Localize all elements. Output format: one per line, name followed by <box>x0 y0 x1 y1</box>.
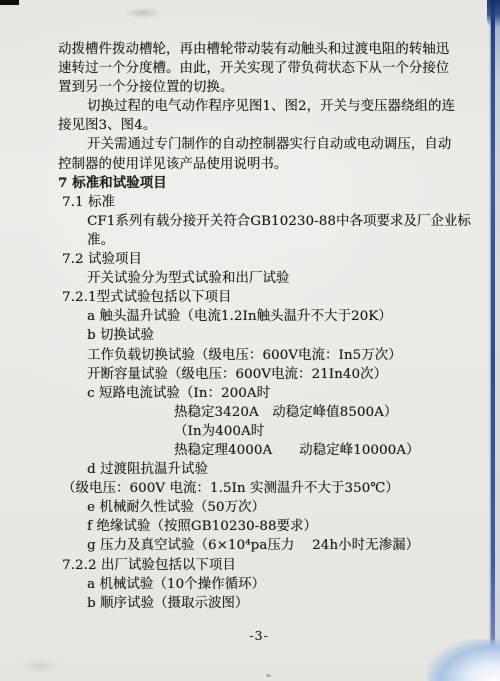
text-line: 7.2 试验项目 <box>62 250 500 269</box>
scan-artifact-bottom-dot <box>266 674 271 677</box>
text-line: （级电压：600V 电流：1.5In 实测温升不大于350℃） <box>62 479 500 498</box>
scan-edge-top-right-patch <box>487 0 500 27</box>
scan-artifact-top-left-mark <box>0 0 19 5</box>
text-line: 热稳定3420A 动稳定峰值8500A） <box>174 403 500 422</box>
text-line: 7.2.2 出厂试验包括以下项目 <box>62 556 500 575</box>
text-line: 准。 <box>87 231 500 250</box>
scanned-document-screenshot: 动拨槽件拨动槽轮，再由槽轮带动装有动触头和过渡电阻的转轴迅速转过一个分度槽。由此… <box>0 0 500 681</box>
text-line: 7.1 标准 <box>62 193 500 212</box>
text-line: 控制器的使用详见该产品使用说明书。 <box>58 155 500 174</box>
text-line: 7.2.1型式试验包括以下项目 <box>62 288 500 307</box>
text-line: a 机械试验（10个操作循环） <box>87 575 500 594</box>
text-line: b 顺序试验（摄取示波图） <box>87 594 500 613</box>
section-heading: 7 标准和试验项目 <box>58 174 500 193</box>
document-text: 动拨槽件拨动槽轮，再由槽轮带动装有动触头和过渡电阻的转轴迅速转过一个分度槽。由此… <box>0 40 500 613</box>
text-line: 热稳定理4000A 动稳定峰10000A） <box>174 441 500 460</box>
text-line: 开关需通过专门制作的自动控制器实行自动或电动调压，自动 <box>87 135 500 154</box>
text-line: CF1系列有载分接开关符合GB10230-88中各项要求及厂企业标 <box>87 212 500 231</box>
text-line: 切换过程的电气动作程序见图1、图2，开关与变压器绕组的连 <box>87 97 500 116</box>
scan-artifact-bottom-right-blob <box>428 639 500 681</box>
text-line: 开关试验分为型式试验和出厂试验 <box>87 269 500 288</box>
scanned-page: 动拨槽件拨动槽轮，再由槽轮带动装有动触头和过渡电阻的转轴迅速转过一个分度槽。由此… <box>0 0 500 681</box>
text-line: 置到另一个分接位置的切换。 <box>58 78 500 97</box>
text-line: （In为400A时 <box>174 422 500 441</box>
text-line: g 压力及真空试验（6×10⁴pa压力 24h小时无渗漏） <box>87 536 500 555</box>
text-line: 开断容量试验（级电压：600V电流：21In40次） <box>87 365 500 384</box>
text-line: 速转过一个分度槽。由此，开关实现了带负荷状态下从一个分接位 <box>58 59 500 78</box>
text-line: 动拨槽件拨动槽轮，再由槽轮带动装有动触头和过渡电阻的转轴迅 <box>58 40 500 59</box>
text-line: d 过渡阻抗温升试验 <box>87 460 500 479</box>
text-line: c 短路电流试验（In：200A时 <box>87 384 500 403</box>
text-line: 工作负载切换试验（级电压：600V电流：In5万次） <box>87 346 500 365</box>
text-line: f 绝缘试验（按照GB10230-88要求） <box>87 517 500 536</box>
text-line: e 机械耐久性试验（50万次） <box>87 498 500 517</box>
text-line: a 触头温升试验（电流1.2In触头温升不大于20K） <box>87 307 500 326</box>
scan-edge-right-line <box>491 0 495 665</box>
text-line: b 切换试验 <box>87 326 500 345</box>
page-number: -3- <box>0 628 500 643</box>
text-line: 接见图3、图4。 <box>58 116 500 135</box>
